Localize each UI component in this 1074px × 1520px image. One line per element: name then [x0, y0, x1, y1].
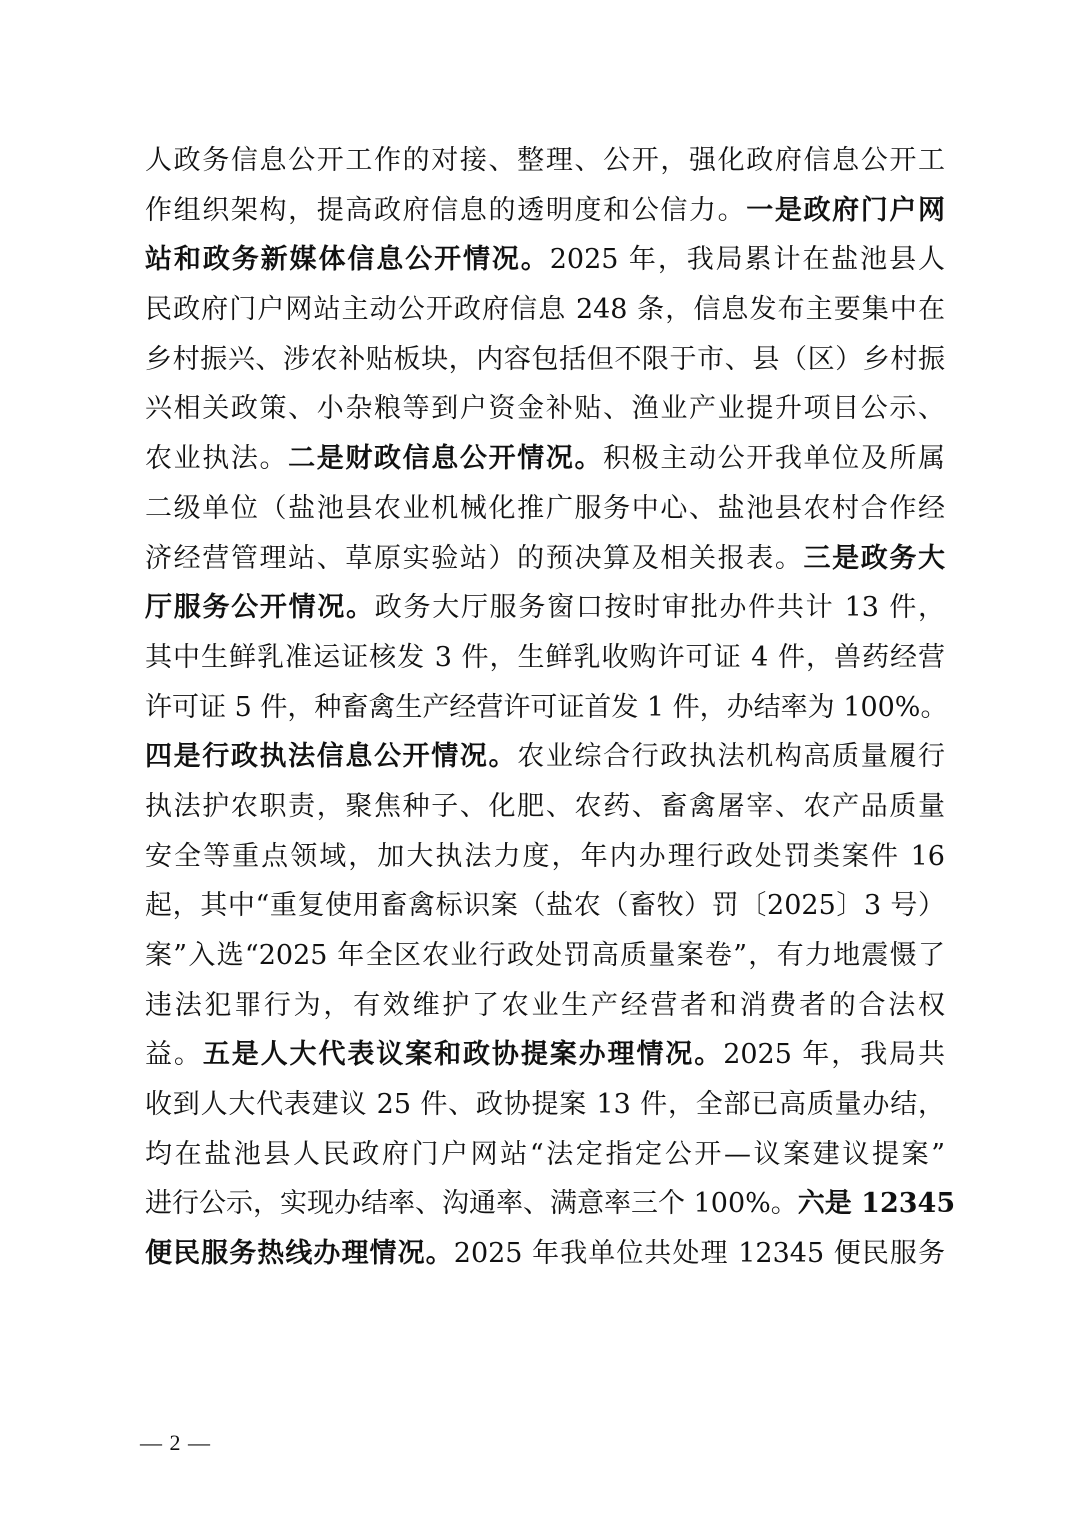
body-text: 人政务信息公开工作的对接、整理、公开，强化政府信息公开工作组织架构，提高政府信息…	[145, 136, 945, 1279]
text-line: 厅服务公开情况。政务大厅服务窗口按时审批办件共计 13 件，	[145, 583, 945, 633]
text-line: 乡村振兴、涉农补贴板块，内容包括但不限于市、县（区）乡村振	[145, 335, 945, 385]
body-text-segment: 违法犯罪行为，有效维护了农业生产经营者和消费者的合法权	[145, 990, 945, 1021]
text-line: 起，其中“重复使用畜禽标识案（盐农（畜牧）罚〔2025〕3 号）	[145, 881, 945, 931]
text-line: 站和政务新媒体信息公开情况。2025 年，我局累计在盐池县人	[145, 235, 945, 285]
text-line: 其中生鲜乳准运证核发 3 件，生鲜乳收购许可证 4 件，兽药经营	[145, 633, 945, 683]
body-text-segment: 积极主动公开我单位及所属	[603, 443, 945, 474]
text-line: 执法护农职责，聚焦种子、化肥、农药、畜禽屠宰、农产品质量	[145, 782, 945, 832]
text-line: 四是行政执法信息公开情况。农业综合行政执法机构高质量履行	[145, 732, 945, 782]
body-text-segment: 二级单位（盐池县农业机械化推广服务中心、盐池县农村合作经	[145, 493, 945, 524]
bold-heading-text: 一是政府门户网	[746, 195, 945, 226]
text-line: 济经营管理站、草原实验站）的预决算及相关报表。三是政务大	[145, 534, 945, 584]
bold-heading-text: 站和政务新媒体信息公开情况。	[145, 244, 550, 275]
body-text-segment: 人政务信息公开工作的对接、整理、公开，强化政府信息公开工	[145, 145, 945, 176]
text-line: 民政府门户网站主动公开政府信息 248 条，信息发布主要集中在	[145, 285, 945, 335]
bold-heading-text: 四是行政执法信息公开情况。	[145, 741, 517, 772]
text-line: 进行公示，实现办结率、沟通率、满意率三个 100%。六是 12345	[145, 1179, 945, 1229]
body-text-segment: 许可证 5 件，种畜禽生产经营许可证首发 1 件，办结率为 100%。	[145, 692, 947, 723]
body-text-segment: 执法护农职责，聚焦种子、化肥、农药、畜禽屠宰、农产品质量	[145, 791, 945, 822]
bold-heading-text: 厅服务公开情况。	[145, 592, 375, 623]
body-text-segment: 均在盐池县人民政府门户网站“法定指定公开—议案建议提案”	[145, 1139, 945, 1170]
body-text-segment: 其中生鲜乳准运证核发 3 件，生鲜乳收购许可证 4 件，兽药经营	[145, 642, 945, 673]
bold-heading-text: 三是政务大	[803, 543, 945, 574]
text-line: 农业执法。二是财政信息公开情况。积极主动公开我单位及所属	[145, 434, 945, 484]
body-text-segment: 2025 年，我局共	[723, 1039, 945, 1070]
body-text-segment: 民政府门户网站主动公开政府信息 248 条，信息发布主要集中在	[145, 294, 945, 325]
body-text-segment: 案”入选“2025 年全区农业行政处罚高质量案卷”，有力地震慑了	[145, 940, 945, 971]
body-text-segment: 2025 年我单位共处理 12345 便民服务	[454, 1238, 945, 1269]
body-text-segment: 2025 年，我局累计在盐池县人	[550, 244, 945, 275]
body-text-segment: 起，其中“重复使用畜禽标识案（盐农（畜牧）罚〔2025〕3 号）	[145, 890, 945, 921]
body-text-segment: 安全等重点领域，加大执法力度，年内办理行政处罚类案件 16	[145, 841, 945, 872]
text-line: 益。五是人大代表议案和政协提案办理情况。2025 年，我局共	[145, 1030, 945, 1080]
body-text-segment: 政务大厅服务窗口按时审批办件共计 13 件，	[375, 592, 945, 623]
text-line: 许可证 5 件，种畜禽生产经营许可证首发 1 件，办结率为 100%。	[145, 683, 945, 733]
body-text-segment: 收到人大代表建议 25 件、政协提案 13 件，全部已高质量办结，	[145, 1089, 945, 1120]
body-text-segment: 兴相关政策、小杂粮等到户资金补贴、渔业产业提升项目公示、	[145, 393, 945, 424]
body-text-segment: 农业综合行政执法机构高质量履行	[517, 741, 945, 772]
body-text-segment: 益。	[145, 1039, 203, 1070]
text-line: 便民服务热线办理情况。2025 年我单位共处理 12345 便民服务	[145, 1229, 945, 1279]
bold-heading-text: 二是财政信息公开情况。	[288, 443, 603, 474]
body-text-segment: 进行公示，实现办结率、沟通率、满意率三个 100%。	[145, 1188, 798, 1219]
page-number: — 2 —	[140, 1430, 211, 1456]
bold-heading-text: 五是人大代表议案和政协提案办理情况。	[203, 1039, 723, 1070]
text-line: 均在盐池县人民政府门户网站“法定指定公开—议案建议提案”	[145, 1130, 945, 1180]
text-line: 案”入选“2025 年全区农业行政处罚高质量案卷”，有力地震慑了	[145, 931, 945, 981]
text-line: 兴相关政策、小杂粮等到户资金补贴、渔业产业提升项目公示、	[145, 384, 945, 434]
document-page: 人政务信息公开工作的对接、整理、公开，强化政府信息公开工作组织架构，提高政府信息…	[0, 0, 1074, 1520]
text-line: 人政务信息公开工作的对接、整理、公开，强化政府信息公开工	[145, 136, 945, 186]
text-line: 二级单位（盐池县农业机械化推广服务中心、盐池县农村合作经	[145, 484, 945, 534]
body-text-segment: 济经营管理站、草原实验站）的预决算及相关报表。	[145, 543, 803, 574]
body-text-segment: 农业执法。	[145, 443, 288, 474]
text-line: 作组织架构，提高政府信息的透明度和公信力。一是政府门户网	[145, 186, 945, 236]
body-text-segment: 作组织架构，提高政府信息的透明度和公信力。	[145, 195, 746, 226]
text-line: 收到人大代表建议 25 件、政协提案 13 件，全部已高质量办结，	[145, 1080, 945, 1130]
text-line: 安全等重点领域，加大执法力度，年内办理行政处罚类案件 16	[145, 832, 945, 882]
text-line: 违法犯罪行为，有效维护了农业生产经营者和消费者的合法权	[145, 981, 945, 1031]
body-text-segment: 乡村振兴、涉农补贴板块，内容包括但不限于市、县（区）乡村振	[145, 344, 945, 375]
bold-heading-text: 六是 12345	[798, 1188, 955, 1219]
bold-heading-text: 便民服务热线办理情况。	[145, 1238, 454, 1269]
